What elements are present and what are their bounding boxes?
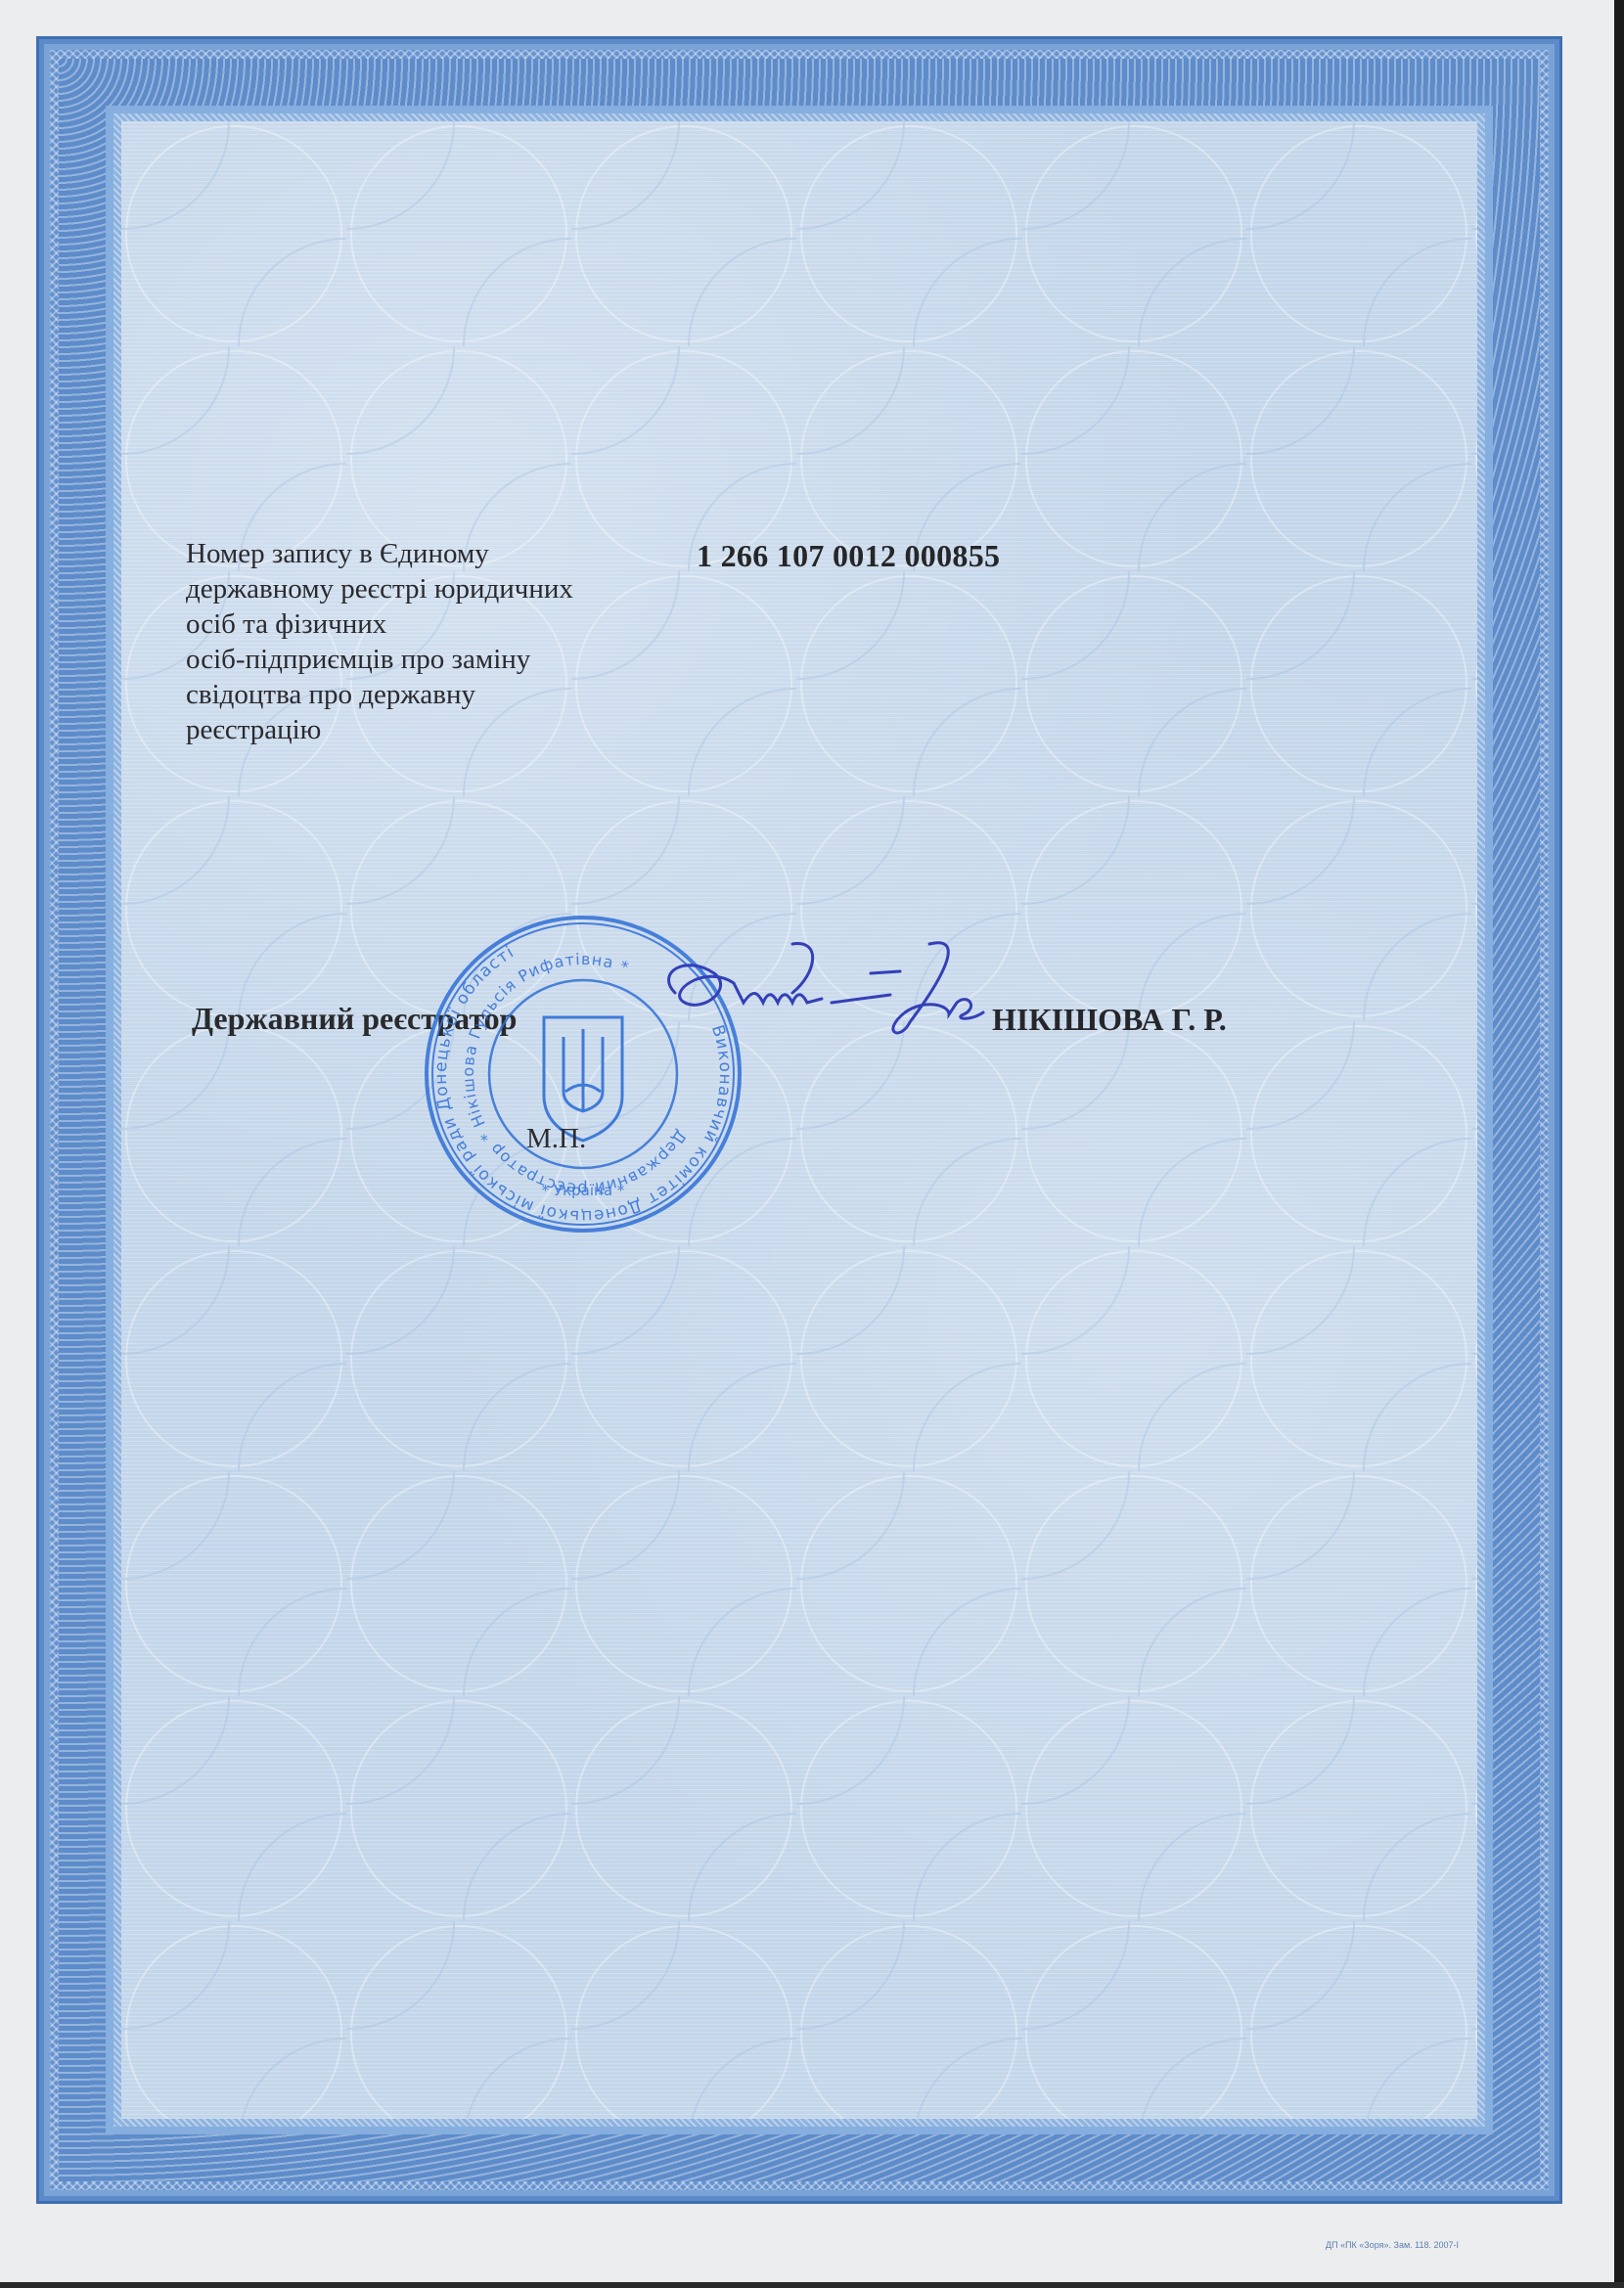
seal-mark: М.П. bbox=[526, 1123, 586, 1155]
scan-edge bbox=[1614, 0, 1624, 2288]
record-label-line: державному реєстрі юридичних bbox=[186, 571, 695, 606]
record-label-line: свідоцтва про державну bbox=[186, 677, 695, 712]
record-label-line: осіб та фізичних bbox=[186, 606, 695, 642]
record-label-line: Номер запису в Єдиному bbox=[186, 536, 695, 571]
registrar-name: НІКІШОВА Г. Р. bbox=[992, 1002, 1227, 1038]
scan-edge-bottom bbox=[0, 2282, 1624, 2288]
printer-imprint: ДП «ПК «Зоря». Зам. 118. 2007-І bbox=[1326, 2240, 1459, 2250]
stamp-bottom-text: * Україна * bbox=[542, 1182, 625, 1199]
record-number: 1 266 107 0012 000855 bbox=[697, 538, 1000, 574]
certificate-field bbox=[121, 121, 1477, 2119]
record-number-label: Номер запису в Єдиному державному реєстр… bbox=[186, 536, 695, 747]
signature bbox=[646, 934, 1017, 1052]
record-label-line: реєстрацію bbox=[186, 712, 695, 747]
record-label-line: осіб-підприємців про заміну bbox=[186, 642, 695, 677]
security-pattern bbox=[121, 121, 1477, 2119]
